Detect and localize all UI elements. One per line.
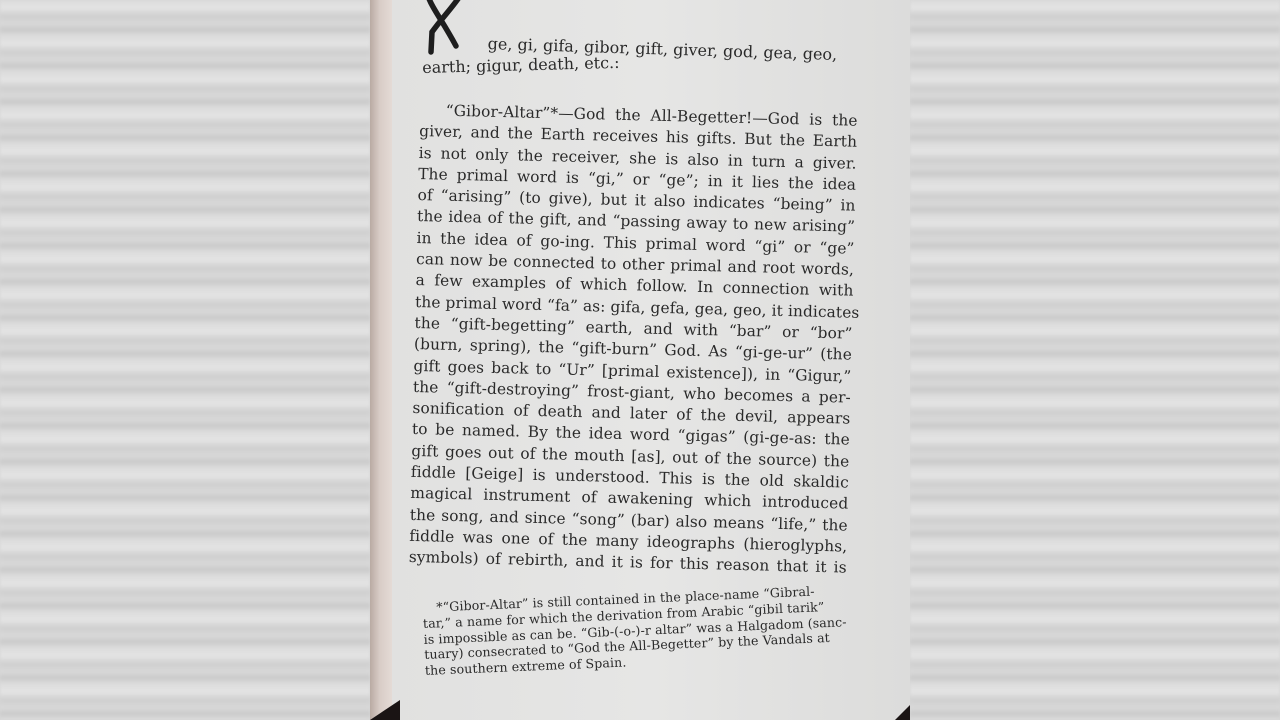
book-page: ge, gi, gifa, gibor, gift, giver, god, g…	[392, 0, 910, 720]
book-spine-edge	[370, 0, 394, 720]
header-line-2: earth; gigur, death, etc.:	[422, 53, 620, 77]
blurred-background-right	[910, 0, 1280, 720]
body-paragraph: “Gibor-Altar”*—God the All-Begetter!—God…	[409, 100, 858, 579]
footnote: *“Gibor-Altar” is still contained in the…	[422, 582, 851, 679]
blurred-background-left	[0, 0, 370, 720]
gibor-rune-icon	[422, 0, 466, 56]
